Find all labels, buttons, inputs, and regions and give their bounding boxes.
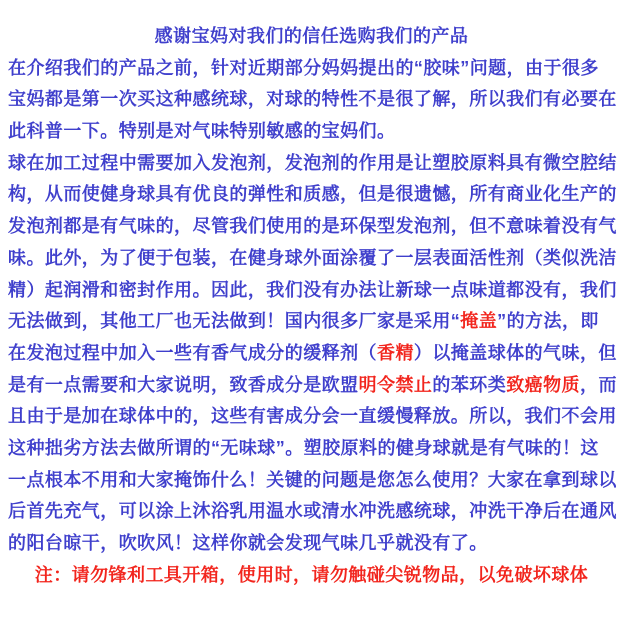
text-segment: 的苯环类	[432, 375, 506, 395]
text-segment: 无法做到，其他工厂也无法做到！国内很多厂家是采用“	[8, 311, 460, 331]
text-line: 是有一点需要和大家说明，致香成分是欧盟明令禁止的苯环类致癌物质，而	[8, 370, 615, 402]
text-line: 一点根本不用和大家掩饰什么！关键的问题是您怎么使用？大家在拿到球以	[8, 465, 615, 497]
text-segment: ，而	[580, 375, 617, 395]
text-segment: 在发泡过程中加入一些有香气成分的缓释剂（	[8, 343, 377, 363]
text-line: 精）起润滑和密封作用。因此，我们没有办法让新球一点味道都没有，我们	[8, 275, 615, 307]
text-line: 宝妈都是第一次买这种感统球，对球的特性不是很了解，所以我们有必要在	[8, 84, 615, 116]
body-text: 在介绍我们的产品之前，针对近期部分妈妈提出的“胶味”问题，由于很多宝妈都是第一次…	[8, 53, 615, 560]
warning-note: 注：请勿锋利工具开箱，使用时，请勿触碰尖锐物品，以免破坏球体	[8, 560, 615, 592]
text-segment: 后首先充气，可以涂上沐浴乳用温水或清水冲洗感统球，冲洗干净后在通风	[8, 501, 617, 521]
text-segment: 一点根本不用和大家掩饰什么！关键的问题是您怎么使用？大家在拿到球以	[8, 470, 617, 490]
text-segment: 是有一点需要和大家说明，致香成分是欧盟	[8, 375, 359, 395]
text-line: 在介绍我们的产品之前，针对近期部分妈妈提出的“胶味”问题，由于很多	[8, 53, 615, 85]
text-segment: 此科普一下。特别是对气味特别敏感的宝妈们。	[8, 121, 395, 141]
text-segment: 且由于是加在球体中的，这些有害成分会一直缓慢释放。所以，我们不会用	[8, 406, 617, 426]
text-line: 无法做到，其他工厂也无法做到！国内很多厂家是采用“掩盖”的方法，即	[8, 306, 615, 338]
text-line: 构，从而使健身球具有优良的弹性和质感，但是很遗憾，所有商业化生产的	[8, 179, 615, 211]
text-line: 此科普一下。特别是对气味特别敏感的宝妈们。	[8, 116, 615, 148]
text-line: 这种拙劣方法去做所谓的“无味球”。塑胶原料的健身球就是有气味的！这	[8, 433, 615, 465]
text-segment: 味。此外，为了便于包装，在健身球外面涂覆了一层表面活性剂（类似洗洁	[8, 248, 617, 268]
text-segment: ”的方法，即	[497, 311, 599, 331]
highlighted-text-segment: 掩盖	[460, 311, 497, 331]
text-segment: 球在加工过程中需要加入发泡剂，发泡剂的作用是让塑胶原料具有微空腔结	[8, 153, 617, 173]
text-segment: 在介绍我们的产品之前，针对近期部分妈妈提出的“胶味”问题，由于很多	[8, 58, 599, 78]
highlighted-text-segment: 明令禁止	[359, 375, 433, 395]
product-notice-page: 感谢宝妈对我们的信任选购我们的产品 在介绍我们的产品之前，针对近期部分妈妈提出的…	[0, 0, 623, 623]
text-line: 发泡剂都是有气味的，尽管我们使用的是环保型发泡剂，但不意味着没有气	[8, 211, 615, 243]
text-line: 且由于是加在球体中的，这些有害成分会一直缓慢释放。所以，我们不会用	[8, 401, 615, 433]
text-line: 的阳台晾干，吹吹风！这样你就会发现气味几乎就没有了。	[8, 528, 615, 560]
highlighted-text-segment: 香精	[377, 343, 414, 363]
text-line: 味。此外，为了便于包装，在健身球外面涂覆了一层表面活性剂（类似洗洁	[8, 243, 615, 275]
text-segment: 宝妈都是第一次买这种感统球，对球的特性不是很了解，所以我们有必要在	[8, 89, 617, 109]
text-segment: 构，从而使健身球具有优良的弹性和质感，但是很遗憾，所有商业化生产的	[8, 184, 617, 204]
product-notice-document: 感谢宝妈对我们的信任选购我们的产品 在介绍我们的产品之前，针对近期部分妈妈提出的…	[0, 0, 623, 591]
page-title: 感谢宝妈对我们的信任选购我们的产品	[8, 21, 615, 53]
text-segment: 发泡剂都是有气味的，尽管我们使用的是环保型发泡剂，但不意味着没有气	[8, 216, 617, 236]
text-segment: ）以掩盖球体的气味，但	[414, 343, 617, 363]
text-segment: 这种拙劣方法去做所谓的“无味球”。塑胶原料的健身球就是有气味的！这	[8, 438, 599, 458]
text-line: 球在加工过程中需要加入发泡剂，发泡剂的作用是让塑胶原料具有微空腔结	[8, 148, 615, 180]
text-segment: 精）起润滑和密封作用。因此，我们没有办法让新球一点味道都没有，我们	[8, 280, 617, 300]
text-line: 后首先充气，可以涂上沐浴乳用温水或清水冲洗感统球，冲洗干净后在通风	[8, 496, 615, 528]
highlighted-text-segment: 致癌物质	[506, 375, 580, 395]
text-line: 在发泡过程中加入一些有香气成分的缓释剂（香精）以掩盖球体的气味，但	[8, 338, 615, 370]
text-segment: 的阳台晾干，吹吹风！这样你就会发现气味几乎就没有了。	[8, 533, 488, 553]
